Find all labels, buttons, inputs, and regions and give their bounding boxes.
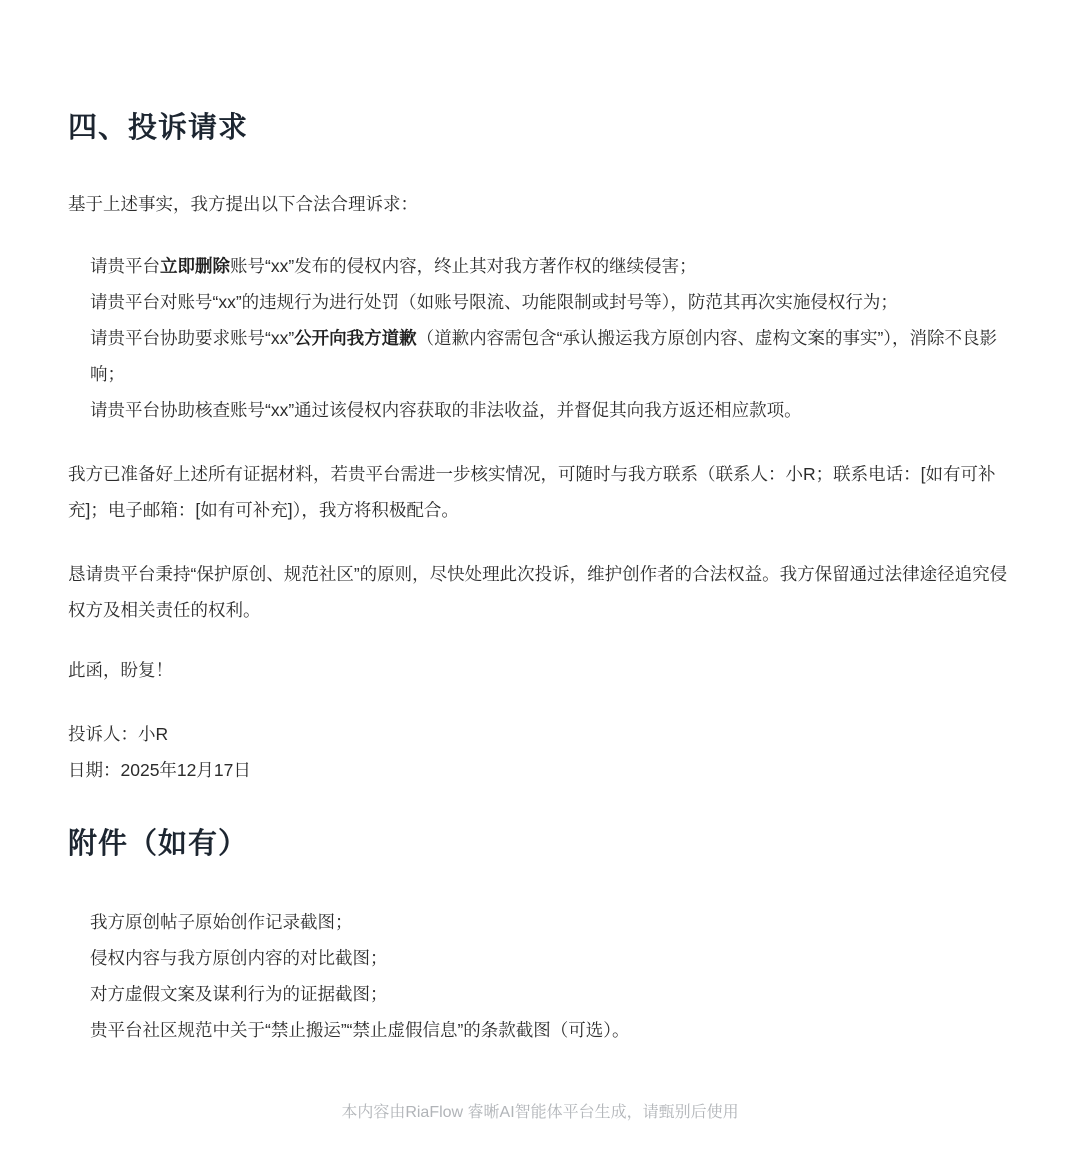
request-text-pre: 请贵平台对账号“xx”的违规行为进行处罚（如账号限流、功能限制或封号等），防范其…: [90, 292, 898, 312]
section-title-complaint-requests: 四、投诉请求: [68, 110, 1012, 146]
complaint-letter-page: 四、投诉请求 基于上述事实，我方提出以下合法合理诉求： 请贵平台立即删除账号“x…: [0, 0, 1080, 1150]
signature-block: 投诉人：小R 日期：2025年12月17日: [68, 716, 1012, 788]
contact-paragraph: 我方已准备好上述所有证据材料，若贵平台需进一步核实情况，可随时与我方联系（联系人…: [68, 456, 1012, 528]
closing-line: 此函，盼复！: [68, 652, 1012, 688]
request-item-apology: 请贵平台协助要求账号“xx”公开向我方道歉（道歉内容需包含“承认搬运我方原创内容…: [90, 320, 1012, 392]
attachment-item-comparison: 侵权内容与我方原创内容的对比截图；: [90, 940, 1012, 976]
request-text-pre: 请贵平台协助要求账号“xx”: [90, 328, 294, 348]
attachment-list: 我方原创帖子原始创作记录截图； 侵权内容与我方原创内容的对比截图； 对方虚假文案…: [68, 904, 1012, 1048]
request-text-pre: 请贵平台: [90, 256, 160, 276]
attachment-item-platform-rules: 贵平台社区规范中关于“禁止搬运”“禁止虚假信息”的条款截图（可选）。: [90, 1012, 1012, 1048]
request-text-pre: 请贵平台协助核查账号“xx”通过该侵权内容获取的非法收益，并督促其向我方返还相应…: [90, 400, 802, 420]
appeal-paragraph: 恳请贵平台秉持“保护原创、规范社区”的原则，尽快处理此次投诉，维护创作者的合法权…: [68, 556, 1012, 628]
request-item-delete: 请贵平台立即删除账号“xx”发布的侵权内容，终止其对我方著作权的继续侵害；: [90, 248, 1012, 284]
generator-footer-note: 本内容由RiaFlow 睿晰AI智能体平台生成，请甄别后使用: [0, 1098, 1080, 1128]
attachment-item-original-record: 我方原创帖子原始创作记录截图；: [90, 904, 1012, 940]
request-text-bold: 立即删除: [160, 256, 230, 276]
attachment-item-evidence: 对方虚假文案及谋利行为的证据截图；: [90, 976, 1012, 1012]
request-item-refund: 请贵平台协助核查账号“xx”通过该侵权内容获取的非法收益，并督促其向我方返还相应…: [90, 392, 1012, 428]
intro-paragraph: 基于上述事实，我方提出以下合法合理诉求：: [68, 186, 1012, 222]
request-text-bold: 公开向我方道歉: [294, 328, 417, 348]
request-item-punish: 请贵平台对账号“xx”的违规行为进行处罚（如账号限流、功能限制或封号等），防范其…: [90, 284, 1012, 320]
attachments-title: 附件（如有）: [68, 824, 1012, 864]
request-text-post: 账号“xx”发布的侵权内容，终止其对我方著作权的继续侵害；: [230, 256, 697, 276]
request-list: 请贵平台立即删除账号“xx”发布的侵权内容，终止其对我方著作权的继续侵害； 请贵…: [68, 248, 1012, 428]
date-line: 日期：2025年12月17日: [68, 752, 1012, 788]
complainant-line: 投诉人：小R: [68, 716, 1012, 752]
